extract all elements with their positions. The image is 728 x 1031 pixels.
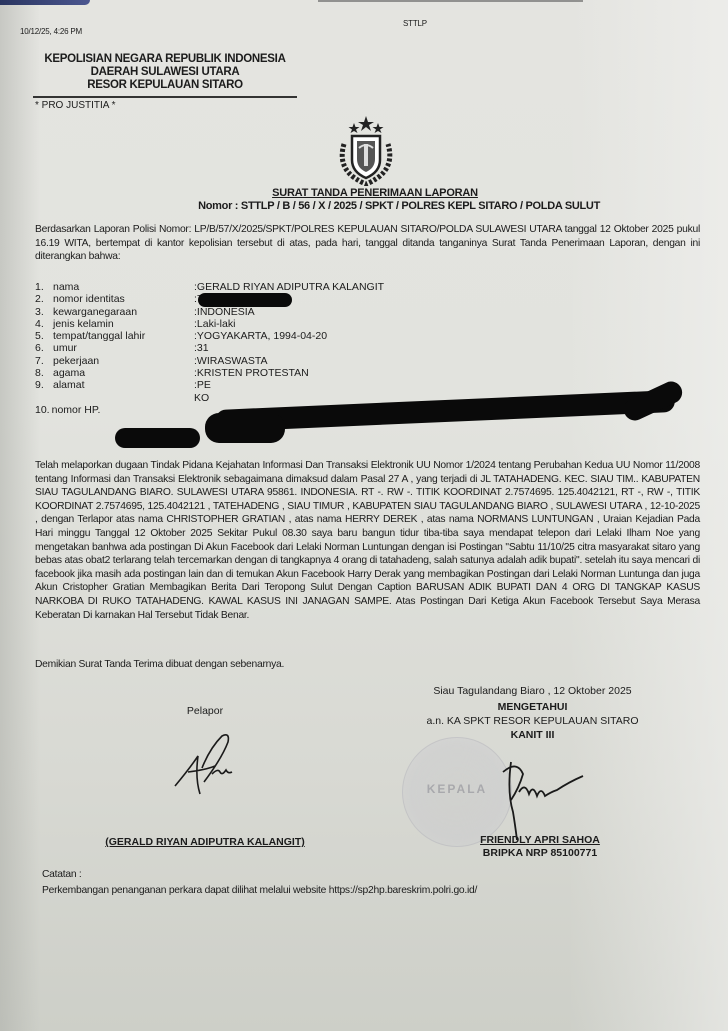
photo-shadow-left: [0, 0, 40, 1031]
photo-edge-line: [318, 0, 583, 2]
document-intro: Berdasarkan Laporan Polisi Nomor: LP/B/5…: [35, 223, 700, 264]
document-number: Nomor : STTLP / B / 56 / X / 2025 / SPKT…: [140, 200, 600, 212]
ack-label: MENGETAHUI: [405, 701, 660, 713]
officer-name: FRIENDLY APRI SAHOA: [470, 834, 610, 846]
redaction-id-number: [198, 293, 292, 307]
identity-row: 5.tempat/tanggal lahir:YOGYAKARTA, 1994-…: [35, 330, 395, 342]
identity-row: 9.alamat:PE: [35, 379, 395, 391]
reporter-label: Pelapor: [160, 705, 250, 717]
agency-line-3: RESOR KEPULAUAN SITARO: [33, 79, 297, 92]
identity-row: 4.jenis kelamin:Laki-laki: [35, 318, 395, 330]
print-doc-code: STTLP: [403, 19, 427, 28]
reporter-name: (GERALD RIYAN ADIPUTRA KALANGIT): [95, 836, 315, 848]
officer-rank: BRIPKA NRP 85100771: [470, 847, 610, 859]
identity-row: 3.kewarganegaraan:INDONESIA: [35, 306, 395, 318]
agency-line-1: KEPOLISIAN NEGARA REPUBLIK INDONESIA: [33, 53, 297, 66]
report-body: Telah melaporkan dugaan Tindak Pidana Ke…: [35, 459, 700, 622]
officer-signature-icon: [495, 752, 590, 842]
agency-header: KEPOLISIAN NEGARA REPUBLIK INDONESIA DAE…: [33, 53, 297, 92]
redaction-phone: [115, 428, 200, 448]
header-underline: [33, 96, 297, 98]
document-title: SURAT TANDA PENERIMAAN LAPORAN: [150, 187, 600, 199]
identity-row: 1.nama:GERALD RIYAN ADIPUTRA KALANGIT: [35, 281, 395, 293]
identity-row: KO: [35, 392, 395, 404]
notes-label: Catatan :: [42, 868, 82, 882]
ack-on-behalf: a.n. KA SPKT RESOR KEPULAUAN SITARO: [405, 715, 660, 727]
reporter-name-value: :GERALD RIYAN ADIPUTRA KALANGIT: [190, 281, 384, 293]
police-emblem-icon: [328, 114, 404, 186]
reporter-signature-icon: [170, 728, 245, 800]
identity-row: 6.umur:31: [35, 342, 395, 354]
closing-statement: Demikian Surat Tanda Terima dibuat denga…: [35, 658, 284, 672]
redaction-address-start: [205, 413, 285, 443]
pro-justitia: * PRO JUSTITIA *: [35, 100, 116, 111]
agency-line-2: DAERAH SULAWESI UTARA: [33, 66, 297, 79]
photo-edge-object: [0, 0, 90, 5]
place-date: Siau Tagulandang Biaro , 12 Oktober 2025: [405, 685, 660, 697]
identity-row: 8.agama:KRISTEN PROTESTAN: [35, 367, 395, 379]
notes-text: Perkembangan penanganan perkara dapat di…: [42, 884, 477, 898]
print-timestamp: 10/12/25, 4:26 PM: [20, 27, 82, 36]
identity-row: 7.pekerjaan:WIRASWASTA: [35, 355, 395, 367]
